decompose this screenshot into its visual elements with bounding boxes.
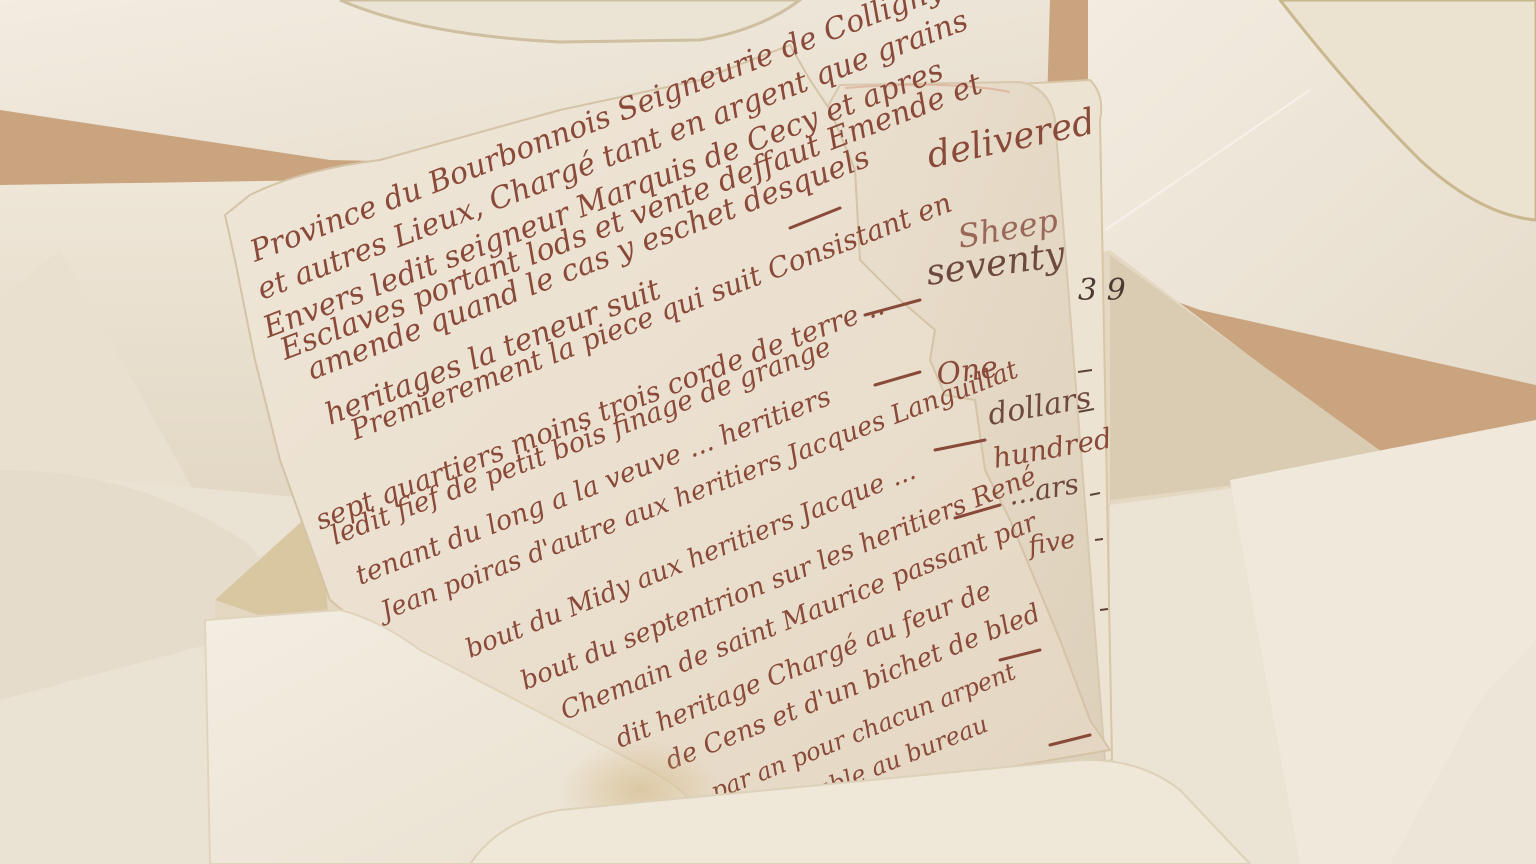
photo-scene: 3 9 delivered Sheep seventy One dollars … (0, 0, 1536, 864)
envelope-right-bottom (1390, 640, 1536, 864)
envelope-front (0, 0, 1536, 864)
